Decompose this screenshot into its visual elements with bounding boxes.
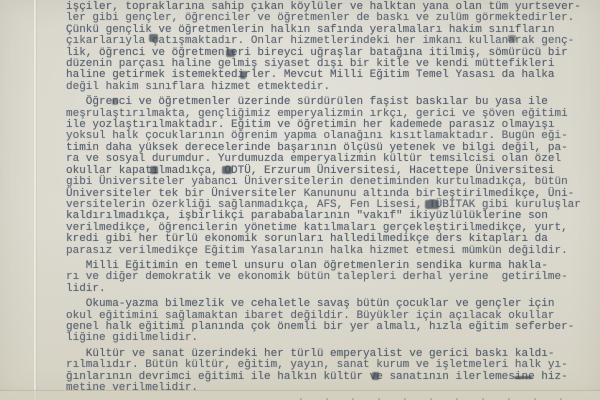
text-line: yoksul halk çocuklarının öğrenim yapma o… bbox=[66, 131, 598, 142]
ink-smudge bbox=[222, 166, 232, 174]
ink-smudge bbox=[149, 34, 158, 42]
ink-smudge bbox=[508, 35, 516, 42]
text-line: Okuma-yazma bilmezlik ve cehaletle savaş… bbox=[66, 299, 598, 310]
document-page: işçiler, topraklarına sahip çıkan köylül… bbox=[0, 0, 600, 400]
text-line: kaldırılmadıkça, işbirlikçi parababaları… bbox=[66, 211, 598, 222]
text-line: verilmedikçe, öğrencilerin yönetime katı… bbox=[66, 223, 598, 234]
text-line: rılmalıdır. Bütün kültür, eğitim, yayın,… bbox=[66, 360, 598, 371]
text-line: lidir. bbox=[66, 284, 598, 295]
text-line: rı ve diğer demokratik ve ekonomik bütün… bbox=[66, 272, 598, 283]
text-line: parasız verilmedikçe Eğitim Yasalarının … bbox=[66, 246, 598, 257]
text-line: gibi Üniversiteler yabancı Üniversiteler… bbox=[66, 177, 598, 188]
ink-smudge bbox=[425, 200, 439, 209]
ink-smudge bbox=[240, 71, 246, 79]
paragraph: Öğrenci ve öğretmenler üzerinde sürdürül… bbox=[66, 97, 598, 257]
text-line: değil hakim sınıflara hizmet etmektedir. bbox=[66, 82, 598, 93]
paragraph: Kültür ve sanat üzerindeki her türlü emp… bbox=[66, 349, 598, 395]
ink-smudge bbox=[112, 98, 118, 105]
paragraph: Okuma-yazma bilmezlik ve cehaletle savaş… bbox=[66, 299, 598, 345]
text-line: düzenin parçası haline gelmiş siyaset dı… bbox=[66, 59, 598, 70]
text-line: ra ve sosyal durumdur. Yurdumuzda empery… bbox=[66, 154, 598, 165]
text-line: kredi gibi her türlü ekonomik sorunları … bbox=[66, 234, 598, 245]
paragraph: Milli Eğitimin en temel unsuru olan öğre… bbox=[66, 261, 598, 295]
text-line: liğine gidilmelidir. bbox=[66, 333, 598, 344]
ink-smudge bbox=[372, 372, 379, 380]
ink-smudge bbox=[226, 49, 235, 57]
text-line: çıkarlarıyla çatışmaktadır. Onlar hizmet… bbox=[66, 36, 598, 47]
text-line: versitelerin özerkliği sağlanmadıkça, AF… bbox=[66, 200, 598, 211]
ink-smudge bbox=[514, 376, 532, 379]
paper-fold-crease bbox=[34, 0, 36, 400]
typewritten-text: işçiler, topraklarına sahip çıkan köylül… bbox=[66, 2, 598, 394]
paragraph: işçiler, topraklarına sahip çıkan köylül… bbox=[66, 2, 598, 93]
text-line: Öğrenci ve öğretmenler üzerinde sürdürül… bbox=[66, 97, 598, 108]
ink-smudge bbox=[150, 166, 158, 174]
